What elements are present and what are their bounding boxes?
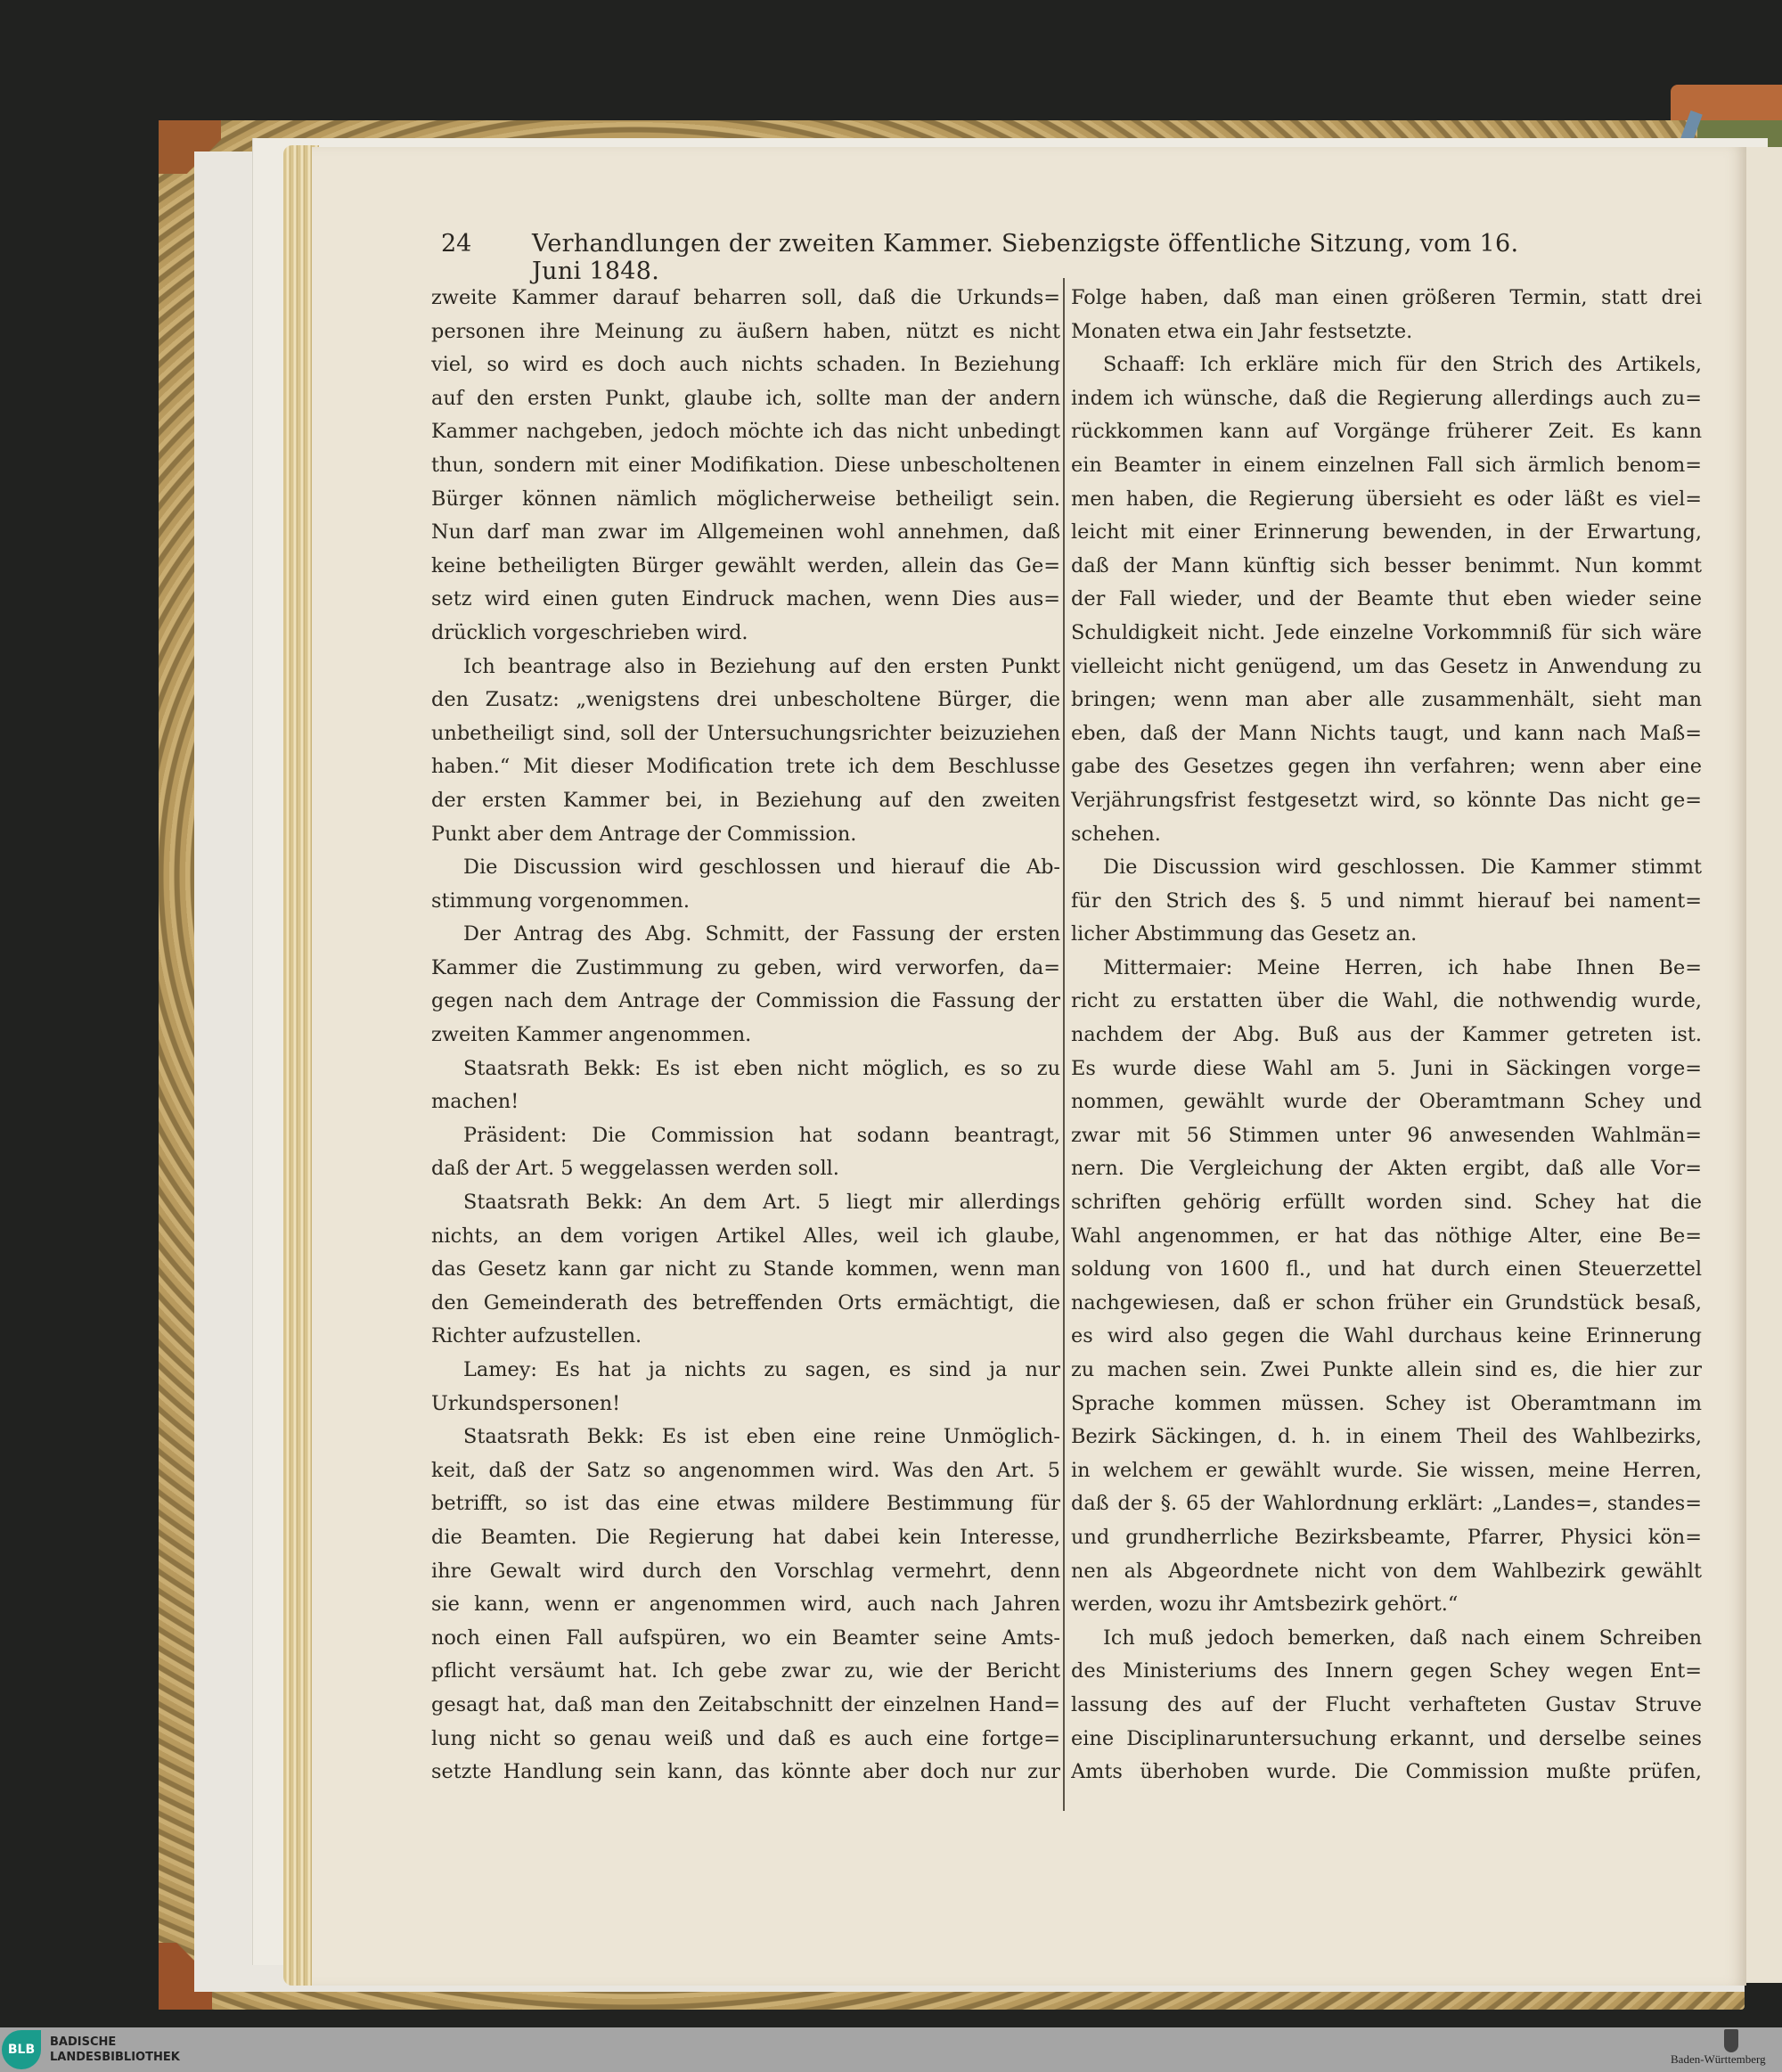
left-column: zweite Kammer darauf beharren soll, daß … [431, 282, 1060, 1789]
text-line: Lamey: Es hat ja nichts zu sagen, es sin… [431, 1354, 1060, 1388]
facing-page-edge [1745, 147, 1782, 1983]
text-line: Schuldigkeit nicht. Jede einzelne Vorkom… [1071, 617, 1702, 651]
library-name-line1: BADISCHE [50, 2035, 180, 2050]
text-line: Bürger können nämlich möglicherweise bet… [431, 483, 1060, 517]
text-line: Ich muß jedoch bemerken, daß nach einem … [1071, 1622, 1702, 1656]
text-line: Staatsrath Bekk: Es ist eben nicht mögli… [431, 1052, 1060, 1086]
text-line: drücklich vorgeschrieben wird. [431, 617, 1060, 651]
text-line: pflicht versäumt hat. Ich gebe zwar zu, … [431, 1655, 1060, 1689]
text-line: schriften gehörig erfüllt worden sind. S… [1071, 1186, 1702, 1220]
text-line: licher Abstimmung das Gesetz an. [1071, 918, 1702, 952]
text-line: das Gesetz kann gar nicht zu Stande komm… [431, 1253, 1060, 1287]
text-line: Kammer nachgeben, jedoch möchte ich das … [431, 415, 1060, 449]
text-line: werden, wozu ihr Amtsbezirk gehört.“ [1071, 1588, 1702, 1622]
text-line: eine Disciplinaruntersuchung erkannt, un… [1071, 1723, 1702, 1757]
text-line: men haben, die Regierung übersieht es od… [1071, 483, 1702, 517]
text-line: daß der §. 65 der Wahlordnung erklärt: „… [1071, 1487, 1702, 1521]
text-line: für den Strich des §. 5 und nimmt hierau… [1071, 885, 1702, 919]
text-line: Staatsrath Bekk: Es ist eben eine reine … [431, 1421, 1060, 1454]
text-line: Richter aufzustellen. [431, 1320, 1060, 1354]
text-line: nen als Abgeordnete nicht von dem Wahlbe… [1071, 1555, 1702, 1589]
right-column: Folge haben, daß man einen größeren Term… [1071, 282, 1702, 1789]
text-line: lassung des auf der Flucht verhafteten G… [1071, 1689, 1702, 1723]
state-name[interactable]: Baden-Württemberg [1671, 2052, 1766, 2067]
text-line: nichts, an dem vorigen Artikel Alles, we… [431, 1220, 1060, 1254]
text-line: Urkundspersonen! [431, 1388, 1060, 1421]
text-line: zweiten Kammer angenommen. [431, 1019, 1060, 1052]
text-line: den Zusatz: „wenigstens drei unbescholte… [431, 684, 1060, 717]
text-line: daß der Mann künftig sich besser benimmt… [1071, 550, 1702, 584]
text-line: richt zu erstatten über die Wahl, die no… [1071, 985, 1702, 1019]
text-line: gesagt hat, daß man den Zeitabschnitt de… [431, 1689, 1060, 1723]
text-line: soldung von 1600 fl., und hat durch eine… [1071, 1253, 1702, 1287]
text-line: ihre Gewalt wird durch den Vorschlag ver… [431, 1555, 1060, 1589]
text-line: personen ihre Meinung zu äußern haben, n… [431, 315, 1060, 349]
blb-logo-text: BLB [8, 2043, 35, 2057]
text-line: daß der Art. 5 weggelassen werden soll. [431, 1152, 1060, 1186]
library-name[interactable]: BADISCHE LANDESBIBLIOTHEK [50, 2035, 180, 2065]
text-line: noch einen Fall aufspüren, wo ein Beamte… [431, 1622, 1060, 1656]
text-line: es wird also gegen die Wahl durchaus kei… [1071, 1320, 1702, 1354]
text-line: bringen; wenn man aber alle zusammenhält… [1071, 684, 1702, 717]
text-line: zu machen sein. Zwei Punkte allein sind … [1071, 1354, 1702, 1388]
text-line: Sprache kommen müssen. Schey ist Oberamt… [1071, 1388, 1702, 1421]
text-line: nommen, gewählt wurde der Oberamtmann Sc… [1071, 1085, 1702, 1119]
text-line: den Gemeinderath des betreffenden Orts e… [431, 1287, 1060, 1321]
text-line: Ich beantrage also in Beziehung auf den … [431, 651, 1060, 684]
text-line: unbetheiligt sind, soll der Untersuchung… [431, 717, 1060, 751]
text-line: Es wurde diese Wahl am 5. Juni in Säckin… [1071, 1052, 1702, 1086]
text-line: der ersten Kammer bei, in Beziehung auf … [431, 784, 1060, 818]
text-line: Punkt aber dem Antrage der Commission. [431, 818, 1060, 852]
text-line: Mittermaier: Meine Herren, ich habe Ihne… [1071, 952, 1702, 986]
text-line: indem ich wünsche, daß die Regierung all… [1071, 382, 1702, 416]
text-line: Bezirk Säckingen, d. h. in einem Theil d… [1071, 1421, 1702, 1454]
footer-bar [0, 2027, 1782, 2072]
library-name-line2: LANDESBIBLIOTHEK [50, 2050, 180, 2065]
blb-logo-icon[interactable]: BLB [2, 2030, 41, 2069]
text-line: viel, so wird es doch auch nichts schade… [431, 348, 1060, 382]
page-number: 24 [441, 230, 532, 258]
text-line: ein Beamter in einem einzelnen Fall sich… [1071, 449, 1702, 483]
text-line: rückkommen kann auf Vorgänge früherer Ze… [1071, 415, 1702, 449]
text-line: lung nicht so genau weiß und daß es auch… [431, 1723, 1060, 1757]
text-line: thun, sondern mit einer Modifikation. Di… [431, 449, 1060, 483]
text-line: Die Discussion wird geschlossen und hier… [431, 851, 1060, 885]
text-line: auf den ersten Punkt, glaube ich, sollte… [431, 382, 1060, 416]
column-divider [1063, 278, 1065, 1811]
text-line: Wahl angenommen, er hat das nöthige Alte… [1071, 1220, 1702, 1254]
text-line: nachdem der Abg. Buß aus der Kammer getr… [1071, 1019, 1702, 1052]
text-line: keine betheiligten Bürger gewählt werden… [431, 550, 1060, 584]
text-line: Schaaff: Ich erkläre mich für den Strich… [1071, 348, 1702, 382]
text-line: betrifft, so ist das eine etwas mildere … [431, 1487, 1060, 1521]
text-line: Präsident: Die Commission hat sodann bea… [431, 1119, 1060, 1153]
text-line: eben, daß der Mann Nichts taugt, und kan… [1071, 717, 1702, 751]
running-title: Verhandlungen der zweiten Kammer. Sieben… [532, 230, 1573, 285]
text-line: stimmung vorgenommen. [431, 885, 1060, 919]
text-line: Kammer die Zustimmung zu geben, wird ver… [431, 952, 1060, 986]
text-line: gabe des Gesetzes gegen ihn verfahren; w… [1071, 750, 1702, 784]
text-line: die Beamten. Die Regierung hat dabei kei… [431, 1521, 1060, 1555]
text-line: leicht mit einer Erinnerung bewenden, in… [1071, 516, 1702, 550]
text-line: des Ministeriums des Innern gegen Schey … [1071, 1655, 1702, 1689]
text-line: in welchem er gewählt wurde. Sie wissen,… [1071, 1454, 1702, 1488]
text-line: Verjährungsfrist festgesetzt wird, so kö… [1071, 784, 1702, 818]
text-line: setzte Handlung sein kann, das könnte ab… [431, 1756, 1060, 1789]
text-line: machen! [431, 1085, 1060, 1119]
text-line: Die Discussion wird geschlossen. Die Kam… [1071, 851, 1702, 885]
text-line: vielleicht nicht genügend, um das Gesetz… [1071, 651, 1702, 684]
text-line: der Fall wieder, und der Beamte thut ebe… [1071, 583, 1702, 617]
text-line: nachgewiesen, daß er schon früher ein Gr… [1071, 1287, 1702, 1321]
text-line: setz wird einen guten Eindruck machen, w… [431, 583, 1060, 617]
text-line: keit, daß der Satz so angenommen wird. W… [431, 1454, 1060, 1488]
text-line: sie kann, wenn er angenommen wird, auch … [431, 1588, 1060, 1622]
text-line: gegen nach dem Antrage der Commission di… [431, 985, 1060, 1019]
text-line: schehen. [1071, 818, 1702, 852]
text-line: und grundherrliche Bezirksbeamte, Pfarre… [1071, 1521, 1702, 1555]
text-line: Staatsrath Bekk: An dem Art. 5 liegt mir… [431, 1186, 1060, 1220]
text-line: Folge haben, daß man einen größeren Term… [1071, 282, 1702, 315]
text-line: Der Antrag des Abg. Schmitt, der Fassung… [431, 918, 1060, 952]
text-line: Nun darf man zwar im Allgemeinen wohl an… [431, 516, 1060, 550]
book-spine-top [1671, 85, 1782, 120]
coat-of-arms-icon [1724, 2029, 1738, 2052]
text-line: haben.“ Mit dieser Modification trete ic… [431, 750, 1060, 784]
text-line: zweite Kammer darauf beharren soll, daß … [431, 282, 1060, 315]
text-line: nern. Die Vergleichung der Akten ergibt,… [1071, 1152, 1702, 1186]
running-header: 24 Verhandlungen der zweiten Kammer. Sie… [441, 230, 1573, 266]
text-line: Amts überhoben wurde. Die Commission muß… [1071, 1756, 1702, 1789]
text-line: Monaten etwa ein Jahr festsetzte. [1071, 315, 1702, 349]
text-line: zwar mit 56 Stimmen unter 96 anwesenden … [1071, 1119, 1702, 1153]
